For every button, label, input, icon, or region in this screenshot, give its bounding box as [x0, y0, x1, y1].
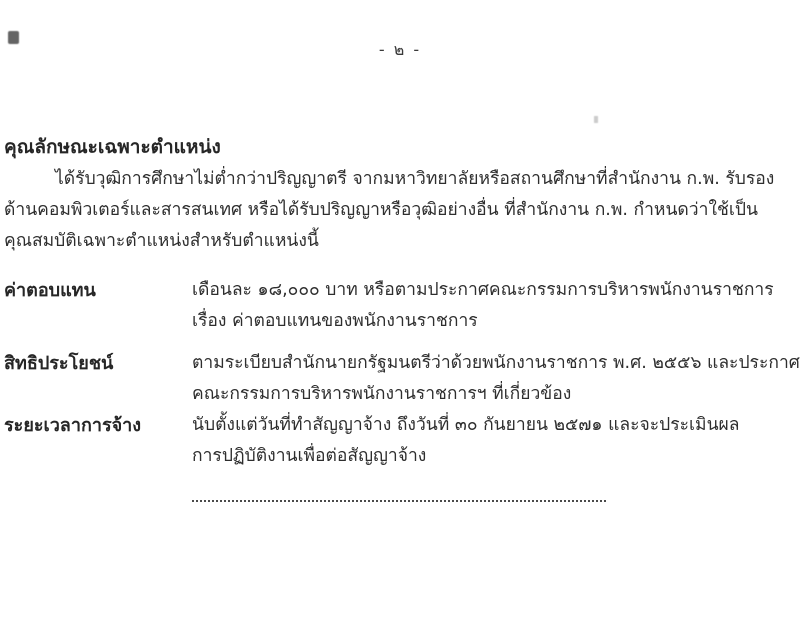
benefits-row: สิทธิประโยชน์ ตามระเบียบสำนักนายกรัฐมนตร… [4, 348, 784, 410]
employment-period-row: ระยะเวลาการจ้าง นับตั้งแต่วันที่ทำสัญญาจ… [4, 410, 784, 472]
paragraph-line: ได้รับวุฒิการศึกษาไม่ต่ำกว่าปริญญาตรี จา… [4, 164, 784, 195]
benefits-label: สิทธิประโยชน์ [4, 348, 192, 379]
detail-sections: ค่าตอบแทน เดือนละ ๑๘,๐๐๐ บาท หรือตามประก… [4, 275, 784, 472]
value-line: การปฏิบัติงานเพื่อต่อสัญญาจ้าง [192, 441, 784, 472]
value-line: นับตั้งแต่วันที่ทำสัญญาจ้าง ถึงวันที่ ๓๐… [192, 410, 784, 441]
compensation-label: ค่าตอบแทน [4, 275, 192, 306]
benefits-value: ตามระเบียบสำนักนายกรัฐมนตรีว่าด้วยพนักงา… [192, 348, 800, 410]
signature-dotted-line [192, 500, 606, 502]
document-content: คุณลักษณะเฉพาะตำแหน่ง ได้รับวุฒิการศึกษา… [4, 132, 784, 502]
scan-artifact [594, 116, 598, 123]
compensation-row: ค่าตอบแทน เดือนละ ๑๘,๐๐๐ บาท หรือตามประก… [4, 275, 784, 337]
employment-period-value: นับตั้งแต่วันที่ทำสัญญาจ้าง ถึงวันที่ ๓๐… [192, 410, 784, 472]
compensation-value: เดือนละ ๑๘,๐๐๐ บาท หรือตามประกาศคณะกรรมก… [192, 275, 784, 337]
value-line: เดือนละ ๑๘,๐๐๐ บาท หรือตามประกาศคณะกรรมก… [192, 275, 784, 306]
qualification-heading: คุณลักษณะเฉพาะตำแหน่ง [4, 132, 784, 162]
value-line: ตามระเบียบสำนักนายกรัฐมนตรีว่าด้วยพนักงา… [192, 348, 800, 379]
value-line: คณะกรรมการบริหารพนักงานราชการฯ ที่เกี่ยว… [192, 379, 800, 410]
page-number: - ๒ - [0, 38, 800, 63]
value-line: เรื่อง ค่าตอบแทนของพนักงานราชการ [192, 306, 784, 337]
paragraph-line: ด้านคอมพิวเตอร์และสารสนเทศ หรือได้รับปริ… [4, 195, 784, 226]
employment-period-label: ระยะเวลาการจ้าง [4, 410, 192, 441]
paragraph-line: คุณสมบัติเฉพาะตำแหน่งสำหรับตำแหน่งนี้ [4, 226, 784, 257]
qualification-paragraph: ได้รับวุฒิการศึกษาไม่ต่ำกว่าปริญญาตรี จา… [4, 164, 784, 257]
document-page: - ๒ - คุณลักษณะเฉพาะตำแหน่ง ได้รับวุฒิกา… [0, 0, 800, 643]
